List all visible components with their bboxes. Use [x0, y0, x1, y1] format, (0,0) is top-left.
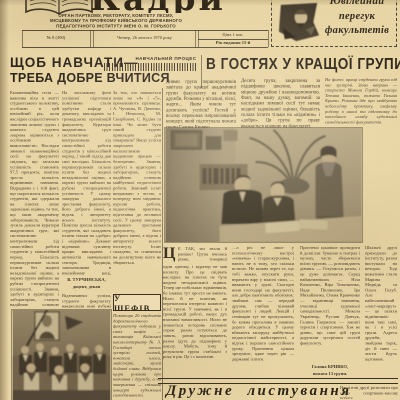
left-signature-role-wrap: доцент, декан факультету. — [62, 284, 111, 291]
masthead-org-line-3: ПЕДАГОГІЧНОГО ІНСТИТУТУ ІМЕНІ О. М. ГОРЬ… — [40, 23, 192, 28]
issue-number: № 8 (490) — [24, 35, 88, 40]
dateline-rule-bottom — [22, 47, 268, 48]
masthead-title: Кадри — [90, 0, 238, 13]
section-label: НАВЧАЛЬНИЙ ПРОЦЕС — [134, 56, 198, 61]
bottom-headline: Дружне листування — [166, 383, 351, 400]
right-signature-role-wrap: вожата 13 групи. — [300, 371, 360, 378]
dateline-rule-left — [22, 30, 23, 47]
banner-line-1: Ювілейний — [322, 0, 392, 10]
section-label-wrap: НАВЧАЛЬНИЙ ПРОЦЕС — [134, 56, 198, 62]
left-headline-line2: ТРЕБА ДОБРЕ ВЧИТИСЯ — [10, 71, 170, 85]
right-signature-role: вожата 13 групи. — [300, 371, 360, 376]
edition-year: Рік видання 15-й — [200, 40, 266, 45]
right-headline: В ГОСТЯХ У КРАЩОЇ ГРУПИ — [206, 56, 400, 74]
hatch-bar-decoration — [104, 63, 197, 71]
right-signature-name: Галина КРИВКО, — [300, 364, 360, 369]
issue-number-cell: № 8 (490) — [24, 35, 88, 45]
dateline-divider-1a — [90, 30, 91, 47]
right-signature-name-wrap: Галина КРИВКО, — [300, 364, 360, 371]
masthead-title-text: Кадри — [90, 0, 226, 13]
banner-text: Ювілейний перегук факультетів — [322, 0, 392, 39]
right-body-col2: …а річ не лише у психологічному настрої … — [232, 245, 294, 376]
group-photo-image — [12, 310, 111, 400]
date-cell: Четвер, 26 лютого 1970 року — [96, 35, 193, 45]
right-body-col1: один одному, і куратор не мав клопоту. П… — [163, 264, 227, 376]
dateline-divider-1b — [93, 30, 94, 47]
dateline-divider-2a — [195, 30, 196, 47]
edition-cell: Рік видання 15-й — [200, 40, 266, 47]
main-photo-image — [165, 128, 362, 242]
left-article-column-3: За тих, хто навчається лише на «4» і «5»… — [113, 90, 161, 292]
banner-line-2: перегук — [322, 10, 392, 25]
lenin-portrait-image — [277, 2, 321, 44]
left-article-column-2b: Відзначаючи успіхи, студенти факультету … — [62, 293, 111, 308]
jubilee-banner-box: Ювілейний перегук факультетів — [271, 0, 397, 47]
publication-date: Четвер, 26 лютого 1970 року — [96, 35, 193, 40]
right-intro-column-2: Десята група, закріплена за підшефною шк… — [241, 78, 320, 128]
banner-line-3: факультетів — [322, 24, 392, 39]
masthead-org-lines: ОРГАН ПАРТКОМУ, РЕКТОРАТУ, КОМІТЕТУ ЛКСМ… — [40, 13, 192, 30]
left-article-column-1: Екзаменаційна сесія — важлива віха в жит… — [10, 90, 59, 308]
right-body-col4: Шкільні друзі приходили до інституту, ра… — [365, 245, 397, 376]
newspaper-page: { "colors": { "paper": "#e8d5a5", "ink":… — [0, 0, 400, 400]
price-cell: Ціна 1 коп. — [200, 32, 266, 39]
subarticle-italic-text: Позавчора 20 студентів дефектологічного … — [113, 313, 161, 400]
price: Ціна 1 коп. — [200, 32, 266, 37]
right-intro-column-1: Днями група першокурсників завітала до к… — [166, 79, 236, 128]
dateline-rule-right — [268, 30, 269, 47]
left-signature-role: доцент, декан факультету. — [62, 284, 111, 291]
left-article-column-2: На загальному фоні успішної підготовки п… — [62, 90, 111, 275]
right-body-col3: Прагнемо цікавіше проводити й дозвілля: … — [300, 245, 360, 362]
subhead-box: У ШЕФІВ — [113, 294, 161, 311]
left-signature-name: В. ТУРЧИНСЬКА, — [62, 277, 111, 282]
drop-cap: Ц — [163, 245, 175, 263]
right-body-col1-top: Е ТАК, ми знали й раніше! Група вчилась … — [178, 246, 227, 263]
left-signature-name-wrap: В. ТУРЧИНСЬКА, — [62, 277, 111, 284]
bottom-intro-text: Наші юні друзі розповіли про свою спорти… — [340, 385, 398, 399]
